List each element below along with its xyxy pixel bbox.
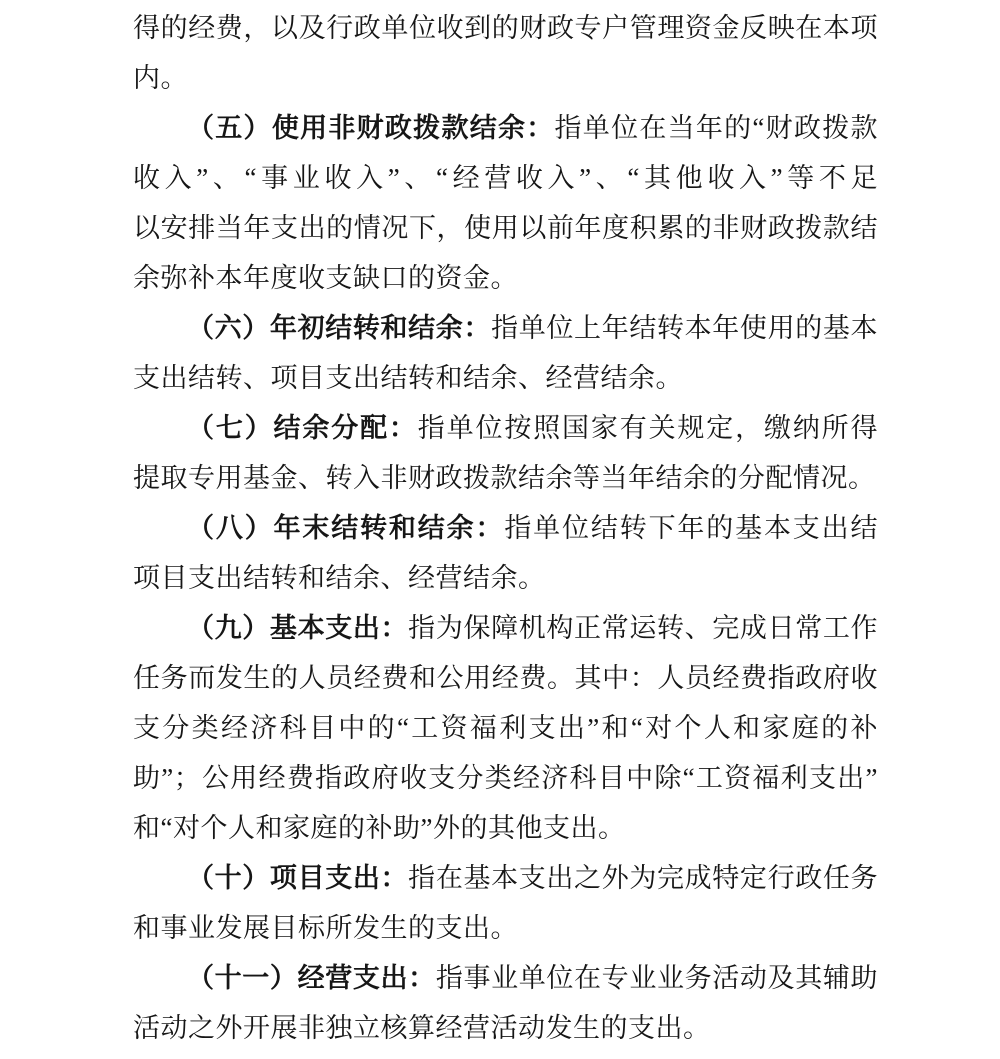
line-text: 支分类经济科目中的“工资福利支出”和“对个人和家庭的补 — [133, 713, 878, 743]
term-heading: （八）年末结转和结余： — [187, 513, 504, 543]
term-heading: （五）使用非财政拨款结余： — [187, 113, 555, 143]
line-text: 任务而发生的人员经费和公用经费。其中：人员经费指政府收 — [133, 663, 878, 693]
text-line: 项目支出结转和结余、经营结余。 — [133, 553, 878, 603]
line-text: 内。 — [133, 63, 188, 93]
line-text: 和“对个人和家庭的补助”外的其他支出。 — [133, 813, 625, 843]
text-line: 得的经费，以及行政单位收到的财政专户管理资金反映在本项 — [133, 3, 878, 53]
paragraph: 得的经费，以及行政单位收到的财政专户管理资金反映在本项内。 — [133, 3, 878, 103]
text-line: 助”；公用经费指政府收支分类经济科目中除“工资福利支出” — [133, 753, 878, 803]
text-line: （九）基本支出：指为保障机构正常运转、完成日常工作 — [133, 603, 878, 653]
line-text: 收入”、“事业收入”、“经营收入”、“其他收入”等不足 — [133, 163, 878, 193]
line-text: 指在基本支出之外为完成特定行政任务 — [408, 863, 878, 893]
line-text: 得的经费，以及行政单位收到的财政专户管理资金反映在本项 — [133, 13, 878, 43]
paragraph: （六）年初结转和结余：指单位上年结转本年使用的基本支出结转、项目支出结转和结余、… — [133, 303, 878, 403]
term-heading: （六）年初结转和结余： — [187, 313, 491, 343]
text-line: 收入”、“事业收入”、“经营收入”、“其他收入”等不足 — [133, 153, 878, 203]
line-text: 提取专用基金、转入非财政拨款结余等当年结余的分配情况。 — [133, 463, 876, 493]
line-text: 以安排当年支出的情况下，使用以前年度积累的非财政拨款结 — [133, 213, 878, 243]
line-text: 支出结转、项目支出结转和结余、经营结余。 — [133, 363, 683, 393]
text-line: （五）使用非财政拨款结余：指单位在当年的“财政拨款 — [133, 103, 878, 153]
term-heading: （十一）经营支出： — [187, 963, 436, 993]
line-text: 余弥补本年度收支缺口的资金。 — [133, 263, 518, 293]
line-text: 助”；公用经费指政府收支分类经济科目中除“工资福利支出” — [133, 763, 878, 793]
text-line: （十）项目支出：指在基本支出之外为完成特定行政任务 — [133, 853, 878, 903]
text-line: 余弥补本年度收支缺口的资金。 — [133, 253, 878, 303]
text-line: （六）年初结转和结余：指单位上年结转本年使用的基本 — [133, 303, 878, 353]
text-line: （十一）经营支出：指事业单位在专业业务活动及其辅助 — [133, 953, 878, 1003]
text-line: 和“对个人和家庭的补助”外的其他支出。 — [133, 803, 878, 853]
line-text: 和事业发展目标所发生的支出。 — [133, 913, 518, 943]
paragraph: （十）项目支出：指在基本支出之外为完成特定行政任务和事业发展目标所发生的支出。 — [133, 853, 878, 953]
text-line: （八）年末结转和结余：指单位结转下年的基本支出结转、 — [133, 503, 878, 553]
paragraph: （十一）经营支出：指事业单位在专业业务活动及其辅助活动之外开展非独立核算经营活动… — [133, 953, 878, 1053]
text-line: 提取专用基金、转入非财政拨款结余等当年结余的分配情况。 — [133, 453, 878, 503]
paragraph: （八）年末结转和结余：指单位结转下年的基本支出结转、项目支出结转和结余、经营结余… — [133, 503, 878, 603]
document-page: 得的经费，以及行政单位收到的财政专户管理资金反映在本项内。（五）使用非财政拨款结… — [0, 0, 1000, 1059]
text-line: 活动之外开展非独立核算经营活动发生的支出。 — [133, 1003, 878, 1053]
line-text: 活动之外开展非独立核算经营活动发生的支出。 — [133, 1013, 711, 1043]
line-text: 指为保障机构正常运转、完成日常工作 — [408, 613, 878, 643]
paragraph: （九）基本支出：指为保障机构正常运转、完成日常工作任务而发生的人员经费和公用经费… — [133, 603, 878, 853]
text-line: 支出结转、项目支出结转和结余、经营结余。 — [133, 353, 878, 403]
text-line: 支分类经济科目中的“工资福利支出”和“对个人和家庭的补 — [133, 703, 878, 753]
text-line: 以安排当年支出的情况下，使用以前年度积累的非财政拨款结 — [133, 203, 878, 253]
line-text: 指单位在当年的“财政拨款 — [555, 113, 878, 143]
line-text: 项目支出结转和结余、经营结余。 — [133, 563, 546, 593]
term-heading: （七）结余分配： — [187, 413, 418, 443]
line-text: 指单位上年结转本年使用的基本 — [491, 313, 878, 343]
term-heading: （十）项目支出： — [187, 863, 408, 893]
term-heading: （九）基本支出： — [187, 613, 408, 643]
text-line: 内。 — [133, 53, 878, 103]
paragraph: （七）结余分配：指单位按照国家有关规定，缴纳所得税、提取专用基金、转入非财政拨款… — [133, 403, 878, 503]
text-line: 任务而发生的人员经费和公用经费。其中：人员经费指政府收 — [133, 653, 878, 703]
text-line: （七）结余分配：指单位按照国家有关规定，缴纳所得税、 — [133, 403, 878, 453]
text-line: 和事业发展目标所发生的支出。 — [133, 903, 878, 953]
paragraph: （五）使用非财政拨款结余：指单位在当年的“财政拨款收入”、“事业收入”、“经营收… — [133, 103, 878, 303]
line-text: 指事业单位在专业业务活动及其辅助 — [436, 963, 878, 993]
